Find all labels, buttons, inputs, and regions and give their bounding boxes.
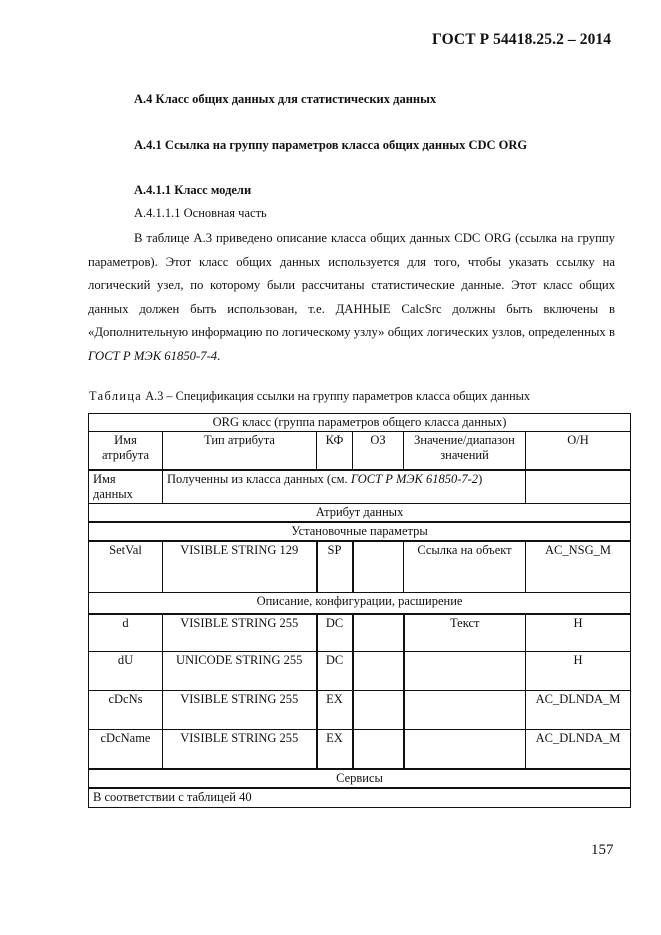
table-row: SetVal VISIBLE STRING 129 SP Ссылка на о… <box>89 541 631 592</box>
cell-fc: DC <box>317 614 353 651</box>
col-header-fc: КФ <box>317 432 353 470</box>
cell-value <box>404 729 526 769</box>
cell-type: VISIBLE STRING 255 <box>163 729 317 769</box>
table-row: cDcName VISIBLE STRING 255 EX AC_DLNDA_M <box>89 729 631 769</box>
data-name-label: Имя данных <box>89 470 163 504</box>
table-row: cDcNs VISIBLE STRING 255 EX AC_DLNDA_M <box>89 690 631 729</box>
standard-header: ГОСТ Р 54418.25.2 – 2014 <box>432 31 611 49</box>
cell-trg <box>353 690 404 729</box>
cell-mo: AC_NSG_M <box>526 541 631 592</box>
table-header-row: Имя атрибута Тип атрибута КФ ОЗ Значение… <box>89 432 631 470</box>
cell-value <box>404 651 526 690</box>
cell-name: d <box>89 614 163 651</box>
paragraph-end: . <box>217 349 220 363</box>
data-name-ref: ГОСТ Р МЭК 61850-7-2 <box>351 472 478 486</box>
spec-table: ORG класс (группа параметров общего клас… <box>88 413 631 808</box>
body-paragraph: В таблице А.3 приведено описание класса … <box>88 227 615 368</box>
subsection-label-a4111: А.4.1.1.1 Основная часть <box>134 206 267 221</box>
cell-mo: AC_DLNDA_M <box>526 690 631 729</box>
caption-prefix: Таблица <box>89 389 142 403</box>
cell-type: VISIBLE STRING 129 <box>163 541 317 592</box>
cell-type: UNICODE STRING 255 <box>163 651 317 690</box>
data-name-description: Полученны из класса данных (см. ГОСТ Р М… <box>163 470 526 504</box>
section-services: Сервисы <box>89 769 631 788</box>
cell-mo: Н <box>526 614 631 651</box>
table-title: ORG класс (группа параметров общего клас… <box>89 414 631 432</box>
table-title-row: ORG класс (группа параметров общего клас… <box>89 414 631 432</box>
cell-trg <box>353 729 404 769</box>
cell-fc: SP <box>317 541 353 592</box>
section-data-attribute: Атрибут данных <box>89 503 631 522</box>
cell-mo: Н <box>526 651 631 690</box>
section-row-settings: Установочные параметры <box>89 522 631 541</box>
section-row-data-attribute: Атрибут данных <box>89 503 631 522</box>
data-name-row: Имя данных Полученны из класса данных (с… <box>89 470 631 504</box>
cell-mo: AC_DLNDA_M <box>526 729 631 769</box>
cell-value <box>404 690 526 729</box>
col-header-type: Тип атрибута <box>163 432 317 470</box>
table-row: dU UNICODE STRING 255 DC Н <box>89 651 631 690</box>
section-row-description: Описание, конфигурации, расширение <box>89 592 631 614</box>
cell-name: cDcName <box>89 729 163 769</box>
paragraph-text: В таблице А.3 приведено описание класса … <box>88 227 615 368</box>
cell-name: dU <box>89 651 163 690</box>
cell-fc: EX <box>317 729 353 769</box>
col-header-name: Имя атрибута <box>89 432 163 470</box>
col-header-mo: О/Н <box>526 432 631 470</box>
cell-fc: EX <box>317 690 353 729</box>
section-row-services: Сервисы <box>89 769 631 788</box>
table-caption: Таблица А.3 – Спецификация ссылки на гру… <box>89 389 530 404</box>
section-description: Описание, конфигурации, расширение <box>89 592 631 614</box>
cell-trg <box>353 614 404 651</box>
data-name-end: ) <box>478 472 482 486</box>
cell-type: VISIBLE STRING 255 <box>163 690 317 729</box>
page-number: 157 <box>591 842 614 859</box>
services-text: В соответствии с таблицей 40 <box>89 788 631 807</box>
cell-trg <box>353 541 404 592</box>
paragraph-main: В таблице А.3 приведено описание класса … <box>88 231 615 339</box>
paragraph-reference: ГОСТ Р МЭК 61850-7-4 <box>88 349 217 363</box>
services-row: В соответствии с таблицей 40 <box>89 788 631 807</box>
cell-name: cDcNs <box>89 690 163 729</box>
col-header-value: Значение/диапазон значений <box>404 432 526 470</box>
caption-text: А.3 – Спецификация ссылки на группу пара… <box>142 389 530 403</box>
section-settings: Установочные параметры <box>89 522 631 541</box>
cell-trg <box>353 651 404 690</box>
section-heading-a411: А.4.1.1 Класс модели <box>134 183 251 198</box>
data-name-mo <box>526 470 631 504</box>
cell-type: VISIBLE STRING 255 <box>163 614 317 651</box>
cell-fc: DC <box>317 651 353 690</box>
section-heading-a4: А.4 Класс общих данных для статистически… <box>134 92 436 107</box>
cell-value: Ссылка на объект <box>404 541 526 592</box>
table-row: d VISIBLE STRING 255 DC Текст Н <box>89 614 631 651</box>
cell-name: SetVal <box>89 541 163 592</box>
cell-value: Текст <box>404 614 526 651</box>
col-header-trg: ОЗ <box>353 432 404 470</box>
section-heading-a41: А.4.1 Ссылка на группу параметров класса… <box>134 138 527 153</box>
data-name-text: Полученны из класса данных (см. <box>167 472 351 486</box>
